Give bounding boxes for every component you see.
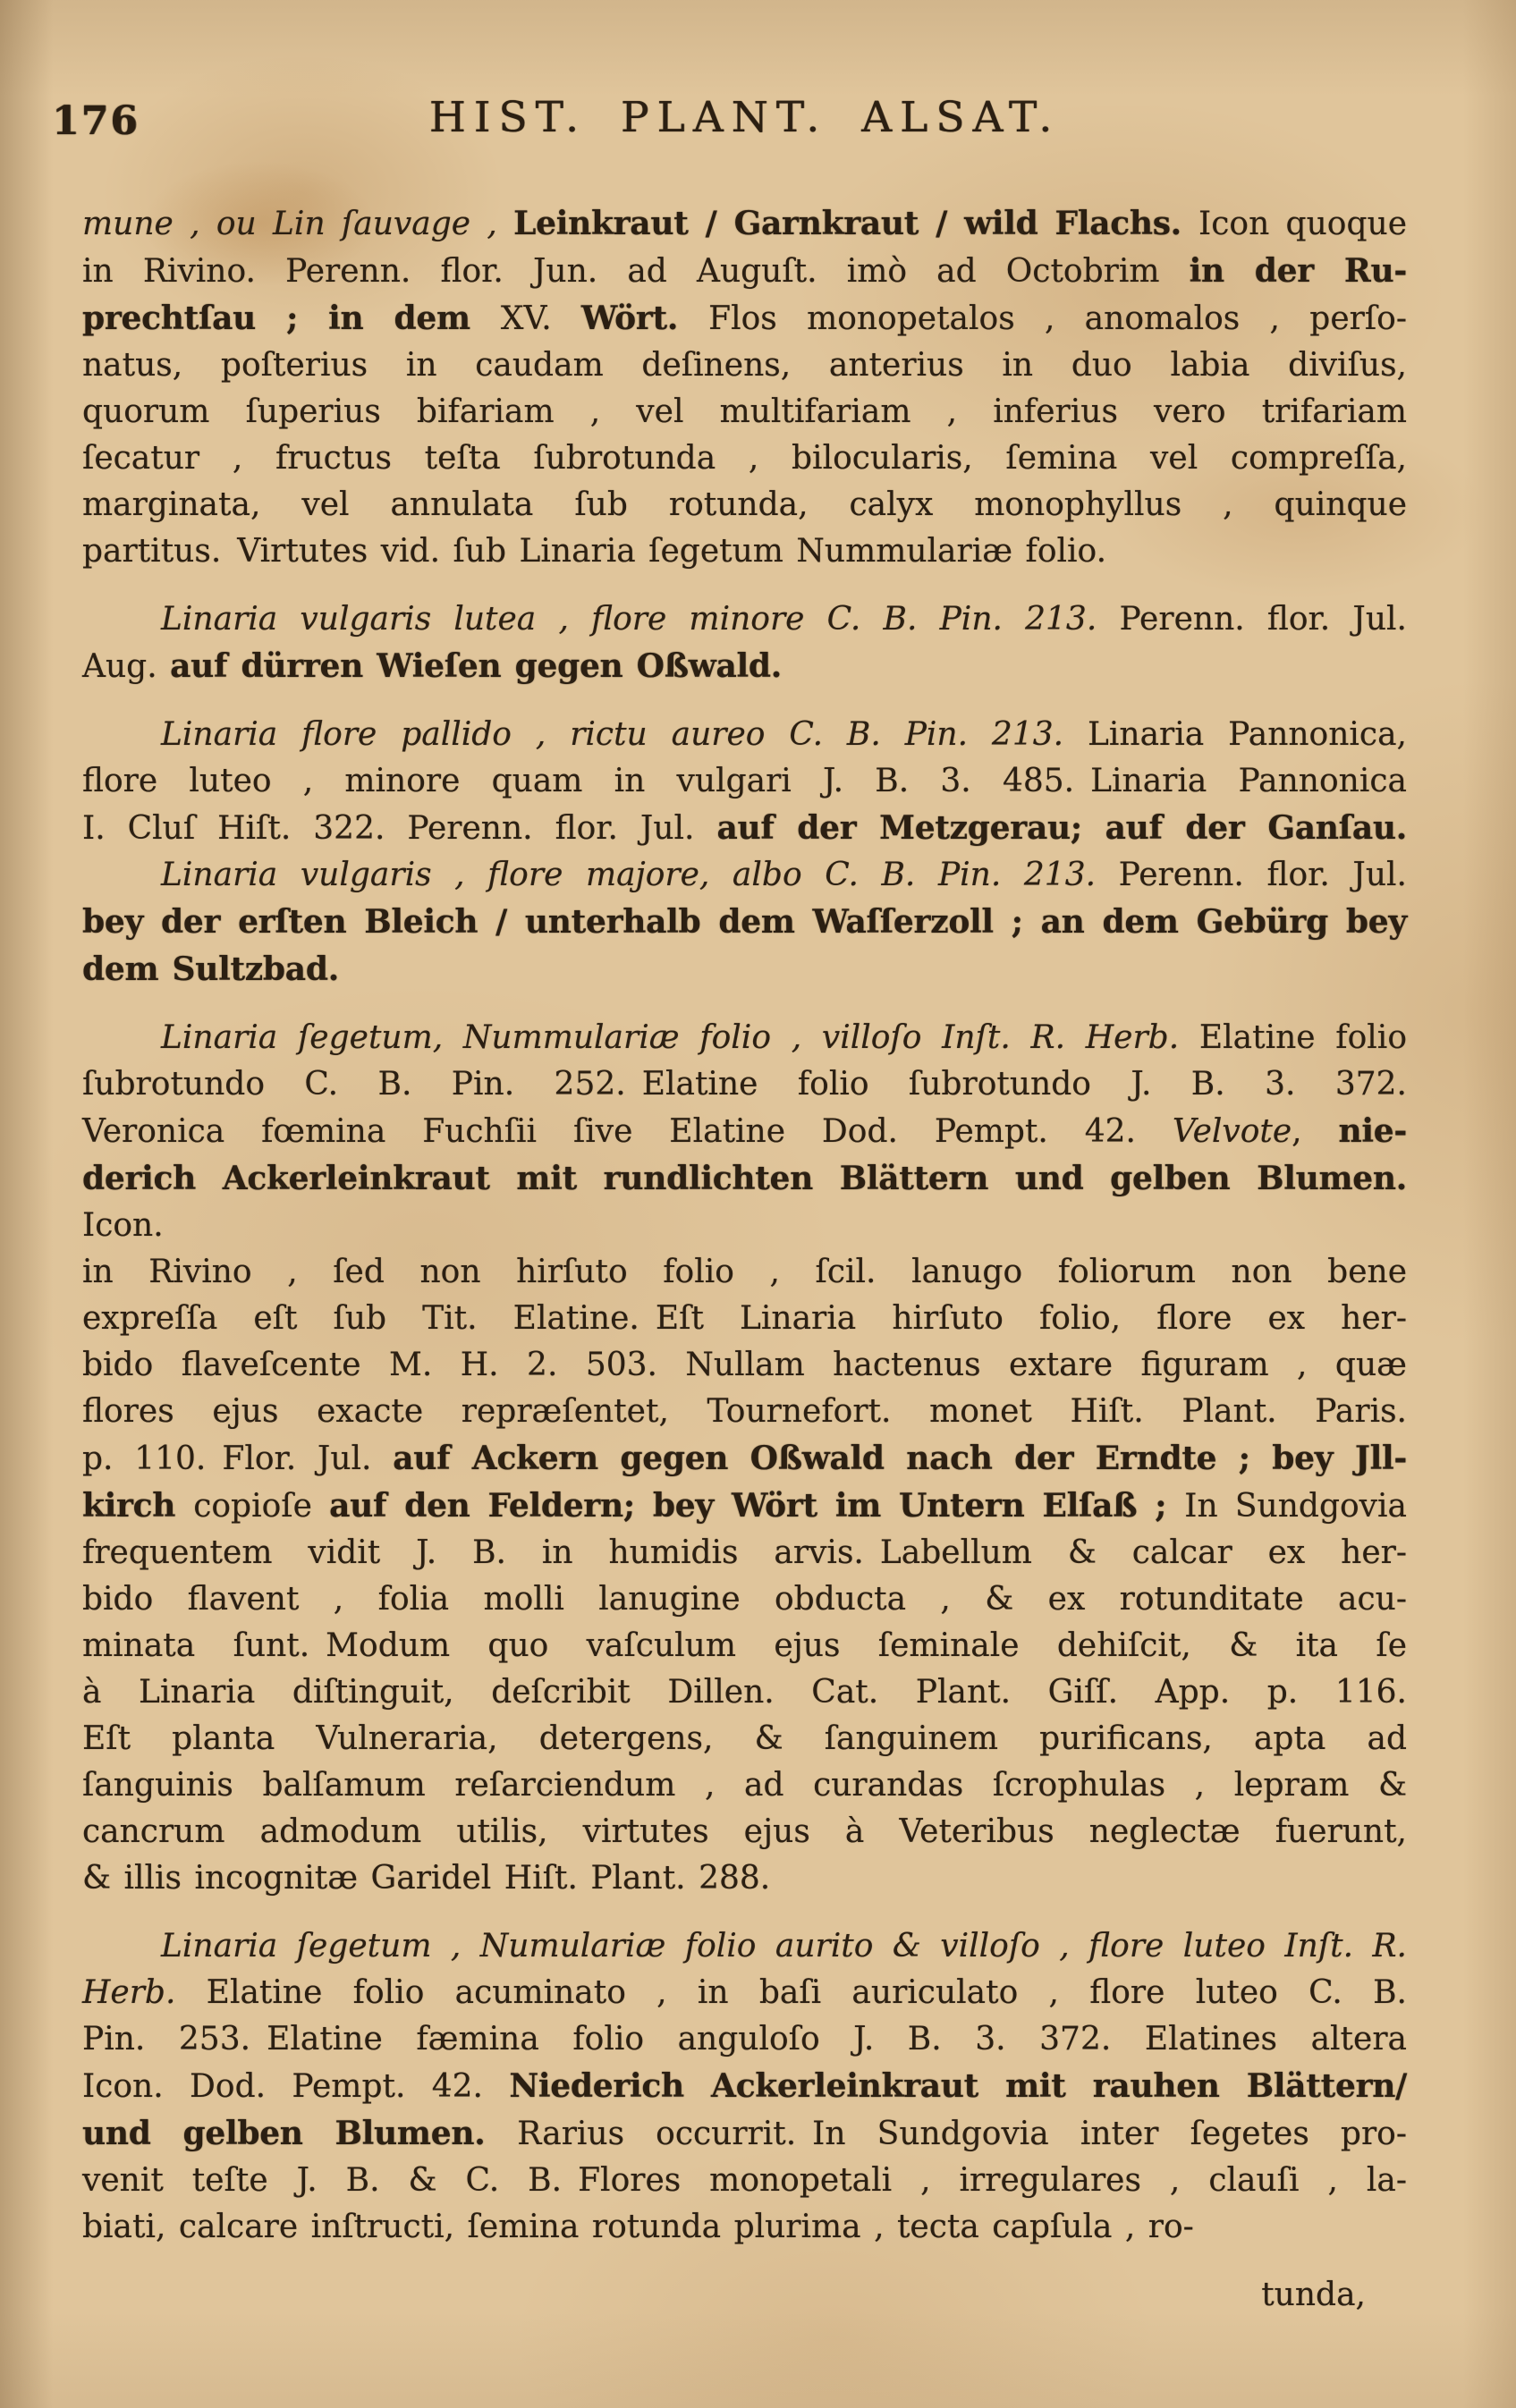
italic-text: Herb. [82,1974,207,2011]
fraktur-text: und gelben Blumen. [82,2115,517,2152]
roman-text: flore luteo , minore quam in vulgari J. … [82,763,1407,799]
fraktur-text: auf dürren Wieſen gegen Oßwald. [170,647,782,685]
roman-text: Icon quoque [1198,206,1407,242]
roman-text: in Rivino. Perenn. flor. Jun. ad Auguſt.… [82,253,1190,290]
roman-text: Pin. 253. Elatine fæmina folio anguloſo … [82,2021,1407,2057]
text-line: Linaria vulgaris , flore majore, albo C.… [82,852,1407,899]
roman-text: , [1292,1113,1338,1150]
roman-text: frequentem vidit J. B. in humidis arvis.… [82,1534,1407,1571]
text-line: in Rivino. Perenn. flor. Jun. ad Auguſt.… [82,248,1407,295]
text-line: cancrum admodum utilis, virtutes ejus à … [82,1809,1407,1855]
fraktur-text: auf den Feldern; bey Wört im Untern Elſa… [329,1487,1184,1525]
text-line: dem Sultzbad. [82,946,1407,993]
text-line: partitus. Virtutes vid. ſub Linaria ſege… [82,528,1407,575]
fraktur-text: nie- [1339,1112,1408,1150]
roman-text: Icon. Dod. Pempt. 42. [82,2068,509,2105]
text-line: bido flaveſcente M. H. 2. 503. Nullam ha… [82,1342,1407,1389]
text-line: prechtſau ; in dem XV. Wört. Flos monope… [82,295,1407,342]
text-line: venit teſte J. B. & C. B. Flores monopet… [82,2158,1407,2204]
roman-text: In Sundgovia [1184,1488,1407,1525]
roman-text: natus, poſterius in caudam deſinens, ant… [82,347,1407,384]
fraktur-text: in der Ru- [1190,252,1407,290]
text-line: flore luteo , minore quam in vulgari J. … [82,758,1407,805]
roman-text: XV. [501,300,581,337]
text-line: ſanguinis balſamum reſarciendum , ad cur… [82,1762,1407,1809]
roman-text: Flos monopetalos , anomalos , perſo- [708,300,1407,337]
text-line: flores ejus exacte repræſentet, Tournefo… [82,1389,1407,1435]
fraktur-text: bey der erſten Bleich / unterhalb dem Wa… [82,903,1407,941]
text-line: quorum ſuperius bifariam , vel multifari… [82,389,1407,435]
roman-text: Elatine folio acuminato , in baſi auricu… [207,1974,1407,2011]
italic-text: Linaria vulgaris , flore majore, albo C.… [161,857,1119,893]
roman-text: Veronica fœmina Fuchſii ſive Elatine Dod… [82,1113,1173,1150]
roman-text: Perenn. flor. Jul. [1119,857,1407,893]
roman-text: in Rivino , ſed non hirſuto folio , ſcil… [82,1254,1407,1290]
text-line: Icon. Dod. Pempt. 42. Niederich Ackerlei… [82,2063,1407,2110]
italic-text: mune , ou Lin ſauvage , [82,206,513,242]
text-line: ſubrotundo C. B. Pin. 252. Elatine folio… [82,1061,1407,1108]
italic-text: Linaria ſegetum , Numulariæ folio aurito… [161,1928,1407,1964]
italic-text: Linaria flore pallido , rictu aureo C. B… [161,716,1088,753]
roman-text: partitus. Virtutes vid. ſub Linaria ſege… [82,533,1106,570]
roman-text: copioſe [193,1488,329,1525]
text-line: ſecatur , fructus teſta ſubrotunda , bil… [82,435,1407,482]
text-line: minata ſunt. Modum quo vaſculum ejus ſem… [82,1623,1407,1669]
page-title: HIST. PLANT. ALSAT. [82,93,1407,142]
roman-text: expreſſa eſt ſub Tit. Elatine. Eſt Linar… [82,1300,1407,1337]
roman-text: Rarius occurrit. In Sundgovia inter ſege… [517,2116,1407,2152]
roman-text: Eſt planta Vulneraria, detergens, & ſang… [82,1720,1407,1757]
roman-text: p. 110. Flor. Jul. [82,1441,393,1477]
italic-text: Velvote [1173,1113,1292,1150]
roman-text: marginata, vel annulata ſub rotunda, cal… [82,486,1407,523]
text-line: Linaria ſegetum , Numulariæ folio aurito… [82,1923,1407,1970]
roman-text: ſanguinis balſamum reſarciendum , ad cur… [82,1767,1407,1804]
roman-text: venit teſte J. B. & C. B. Flores monopet… [82,2162,1407,2199]
fraktur-text: Leinkraut / Garnkraut / wild Flachs. [513,205,1198,242]
roman-text: bido flaveſcente M. H. 2. 503. Nullam ha… [82,1347,1407,1383]
text-line: Aug. auf dürren Wieſen gegen Oßwald. [82,643,1407,690]
page-header: 176 HIST. PLANT. ALSAT. [82,93,1407,156]
roman-text: biati, calcare inſtructi, ſemina rotunda… [82,2209,1194,2245]
text-line: biati, calcare inſtructi, ſemina rotunda… [82,2204,1407,2251]
text-line: Eſt planta Vulneraria, detergens, & ſang… [82,1716,1407,1762]
fraktur-text: auf der Metzgerau; auf der Ganſau. [716,809,1407,847]
text-line: p. 110. Flor. Jul. auf Ackern gegen Oßwa… [82,1435,1407,1483]
book-page: 176 HIST. PLANT. ALSAT. mune , ou Lin ſa… [0,0,1516,2408]
text-line: kirch copioſe auf den Feldern; bey Wört … [82,1483,1407,1530]
text-line: I. Cluſ Hiſt. 322. Perenn. flor. Jul. au… [82,805,1407,852]
roman-text: & illis incognitæ Garidel Hiſt. Plant. 2… [82,1860,770,1897]
text-line: Veronica fœmina Fuchſii ſive Elatine Dod… [82,1108,1407,1155]
text-line: in Rivino , ſed non hirſuto folio , ſcil… [82,1249,1407,1296]
text-line: Linaria flore pallido , rictu aureo C. B… [82,712,1407,758]
roman-text: flores ejus exacte repræſentet, Tournefo… [82,1393,1407,1430]
text-line: Herb. Elatine folio acuminato , in baſi … [82,1970,1407,2016]
fraktur-text: prechtſau ; in dem [82,300,501,337]
text-line: expreſſa eſt ſub Tit. Elatine. Eſt Linar… [82,1296,1407,1342]
roman-text: tunda, [1261,2277,1366,2313]
text-line: mune , ou Lin ſauvage , Leinkraut / Garn… [82,200,1407,248]
roman-text: à Linaria diſtinguit, deſcribit Dillen. … [82,1674,1407,1711]
roman-text: quorum ſuperius bifariam , vel multifari… [82,393,1407,430]
text-line: Pin. 253. Elatine fæmina folio anguloſo … [82,2016,1407,2063]
roman-text: I. Cluſ Hiſt. 322. Perenn. flor. Jul. [82,810,716,847]
text-line: und gelben Blumen. Rarius occurrit. In S… [82,2110,1407,2158]
text-line: frequentem vidit J. B. in humidis arvis.… [82,1530,1407,1576]
text-line: derich Ackerleinkraut mit rundlichten Bl… [82,1155,1407,1249]
italic-text: Linaria ſegetum, Nummulariæ folio , vill… [161,1019,1199,1056]
fraktur-text: Niederich Ackerleinkraut mit rauhen Blät… [509,2067,1407,2105]
page-body: mune , ou Lin ſauvage , Leinkraut / Garn… [82,200,1407,2319]
roman-text: Aug. [82,648,170,685]
fraktur-text: kirch [82,1487,193,1525]
text-line: tunda, [82,2272,1407,2319]
italic-text: Linaria vulgaris lutea , flore minore C.… [161,601,1119,638]
text-line: Linaria vulgaris lutea , flore minore C.… [82,596,1407,643]
page-number: 176 [52,98,140,144]
text-line: natus, poſterius in caudam deſinens, ant… [82,342,1407,389]
roman-text: Linaria Pannonica, [1088,716,1407,753]
roman-text: Perenn. flor. Jul. [1119,601,1407,638]
roman-text: minata ſunt. Modum quo vaſculum ejus ſem… [82,1627,1407,1664]
roman-text: Elatine folio [1199,1019,1407,1056]
text-line: bido flavent , folia molli lanugine obdu… [82,1576,1407,1623]
fraktur-text: Wört. [581,300,708,337]
text-line: bey der erſten Bleich / unterhalb dem Wa… [82,899,1407,946]
roman-text: cancrum admodum utilis, virtutes ejus à … [82,1813,1407,1850]
text-line: Linaria ſegetum, Nummulariæ folio , vill… [82,1015,1407,1061]
fraktur-text: auf Ackern gegen Oßwald nach der Erndte … [393,1440,1407,1477]
roman-text: ſecatur , fructus teſta ſubrotunda , bil… [82,440,1407,477]
text-line: & illis incognitæ Garidel Hiſt. Plant. 2… [82,1855,1407,1902]
roman-text: ſubrotundo C. B. Pin. 252. Elatine folio… [82,1066,1407,1103]
fraktur-text: dem Sultzbad. [82,951,339,988]
fraktur-text: derich Ackerleinkraut mit rundlichten Bl… [82,1160,1407,1197]
roman-text: bido flavent , folia molli lanugine obdu… [82,1581,1407,1618]
text-line: marginata, vel annulata ſub rotunda, cal… [82,482,1407,528]
roman-text: Icon. [82,1207,164,1244]
text-line: à Linaria diſtinguit, deſcribit Dillen. … [82,1669,1407,1716]
